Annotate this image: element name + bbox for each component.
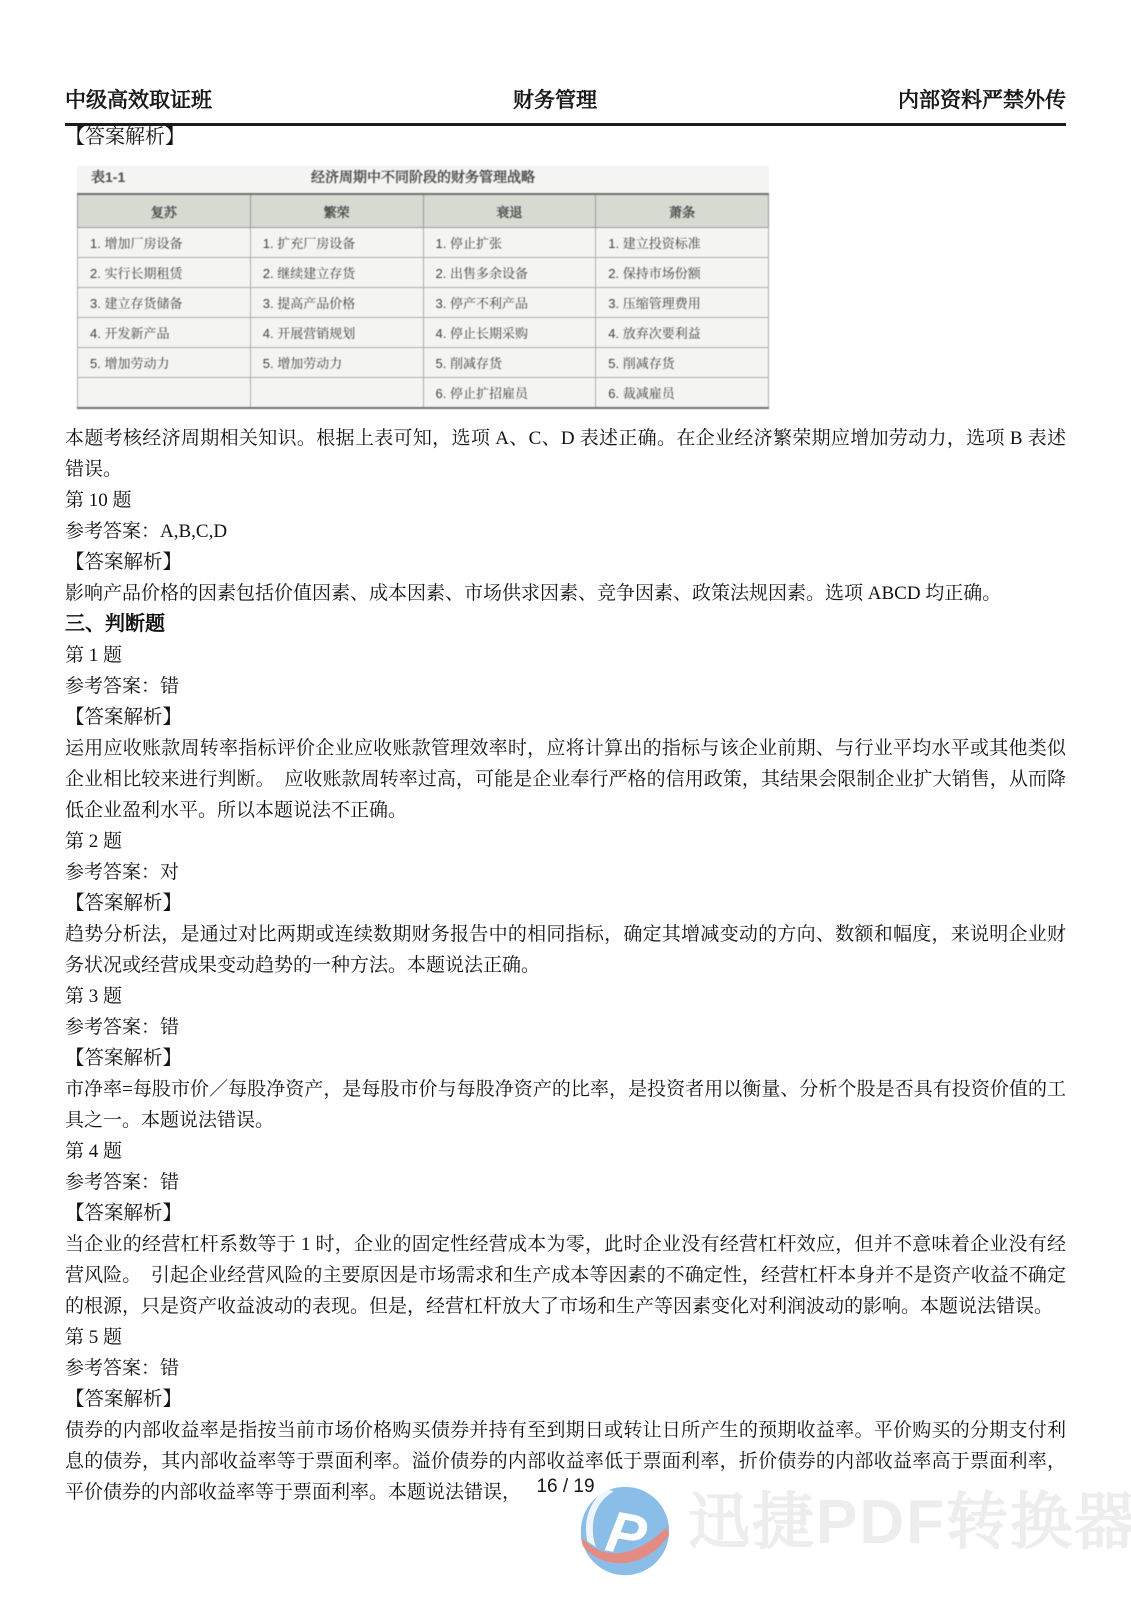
answer-analysis-label: 【答案解析】 <box>65 1043 1066 1074</box>
table-row: 6. 停止扩招雇员6. 裁减雇员 <box>78 378 769 409</box>
table-row: 5. 增加劳动力5. 增加劳动力5. 削减存货5. 削减存货 <box>78 348 769 378</box>
table-row: 4. 开发新产品4. 开展营销规划4. 停止长期采购4. 放弃次要利益 <box>78 318 769 348</box>
watermark-text: 迅捷PDF转换器 <box>688 1484 1131 1562</box>
table-cell <box>78 378 251 409</box>
table-cell: 6. 停止扩招雇员 <box>423 378 596 409</box>
table-cell: 5. 增加劳动力 <box>78 348 251 378</box>
text-line: 市净率=每股市价／每股净资产，是每股市价与每股净资产的比率，是投资者用以衡量、分… <box>65 1074 1066 1136</box>
table-row: 3. 建立存货储备3. 提高产品价格3. 停产不利产品3. 压缩管理费用 <box>78 288 769 318</box>
text-line: 第 1 题 <box>65 640 1066 671</box>
table-column-header: 复苏 <box>78 194 251 228</box>
table-cell: 1. 扩充厂房设备 <box>250 228 423 258</box>
text-line: 参考答案：错 <box>65 671 1066 702</box>
table-cell: 3. 压缩管理费用 <box>596 288 769 318</box>
table-label: 表1-1 <box>91 166 125 188</box>
table-cell: 6. 裁减雇员 <box>596 378 769 409</box>
table-title: 经济周期中不同阶段的财务管理战略 <box>311 169 535 185</box>
text-line: 第 3 题 <box>65 981 1066 1012</box>
table-cell: 5. 削减存货 <box>596 348 769 378</box>
pdf-converter-logo-icon: P <box>578 1484 672 1578</box>
header-subject-title: 财务管理 <box>513 84 597 114</box>
text-line: 本题考核经济周期相关知识。根据上表可知，选项 A、C、D 表述正确。在企业经济繁… <box>65 423 1066 485</box>
answer-analysis-label: 【答案解析】 <box>65 122 1066 152</box>
table-cell: 4. 开发新产品 <box>78 318 251 348</box>
table-cell: 3. 建立存货储备 <box>78 288 251 318</box>
text-line: 趋势分析法，是通过对比两期或连续数期财务报告中的相同指标，确定其增减变动的方向、… <box>65 919 1066 981</box>
answer-analysis-label: 【答案解析】 <box>65 1198 1066 1229</box>
table-cell: 3. 停产不利产品 <box>423 288 596 318</box>
table-cell: 2. 继续建立存货 <box>250 258 423 288</box>
table-row: 2. 实行长期租赁2. 继续建立存货2. 出售多余设备2. 保持市场份额 <box>78 258 769 288</box>
answer-analysis-label: 【答案解析】 <box>65 1384 1066 1415</box>
text-line: 第 2 题 <box>65 826 1066 857</box>
business-cycle-strategy-table: 复苏繁荣衰退萧条 1. 增加厂房设备1. 扩充厂房设备1. 停止扩张1. 建立投… <box>77 193 769 409</box>
table-cell: 3. 提高产品价格 <box>250 288 423 318</box>
table-cell <box>250 378 423 409</box>
table-cell: 2. 保持市场份额 <box>596 258 769 288</box>
table-cell: 2. 实行长期租赁 <box>78 258 251 288</box>
text-line: 参考答案：错 <box>65 1167 1066 1198</box>
section-heading: 三、判断题 <box>65 609 1066 640</box>
header-confidential-notice: 内部资料严禁外传 <box>898 84 1066 114</box>
table-column-header: 萧条 <box>596 194 769 228</box>
header-course-title: 中级高效取证班 <box>65 84 212 114</box>
text-lines: 本题考核经济周期相关知识。根据上表可知，选项 A、C、D 表述正确。在企业经济繁… <box>65 423 1066 1508</box>
text-line: 第 4 题 <box>65 1136 1066 1167</box>
table-cell: 1. 停止扩张 <box>423 228 596 258</box>
table-column-header: 衰退 <box>423 194 596 228</box>
text-line: 参考答案：错 <box>65 1353 1066 1384</box>
table-column-header: 繁荣 <box>250 194 423 228</box>
table-cell: 4. 放弃次要利益 <box>596 318 769 348</box>
text-line: 当企业的经营杠杆系数等于 1 时，企业的固定性经营成本为零，此时企业没有经营杠杆… <box>65 1229 1066 1322</box>
table-cell: 1. 增加厂房设备 <box>78 228 251 258</box>
answer-analysis-label: 【答案解析】 <box>65 547 1066 578</box>
text-line: 参考答案：对 <box>65 857 1066 888</box>
answer-analysis-label: 【答案解析】 <box>65 888 1066 919</box>
table-figure: 表1-1 经济周期中不同阶段的财务管理战略 复苏繁荣衰退萧条 1. 增加厂房设备… <box>77 166 769 409</box>
answer-analysis-label: 【答案解析】 <box>65 702 1066 733</box>
table-header-row: 复苏繁荣衰退萧条 <box>78 194 769 228</box>
text-line: 参考答案：错 <box>65 1012 1066 1043</box>
document-page: 中级高效取证班 财务管理 内部资料严禁外传 【答案解析】 表1-1 经济周期中不… <box>0 0 1131 1600</box>
table-body: 1. 增加厂房设备1. 扩充厂房设备1. 停止扩张1. 建立投资标准2. 实行长… <box>78 228 769 409</box>
text-line: 参考答案：A,B,C,D <box>65 516 1066 547</box>
table-caption: 表1-1 经济周期中不同阶段的财务管理战略 <box>77 166 769 193</box>
text-line: 运用应收账款周转率指标评价企业应收账款管理效率时，应将计算出的指标与该企业前期、… <box>65 733 1066 826</box>
table-cell: 4. 停止长期采购 <box>423 318 596 348</box>
table-cell: 4. 开展营销规划 <box>250 318 423 348</box>
text-line: 第 5 题 <box>65 1322 1066 1353</box>
table-cell: 5. 增加劳动力 <box>250 348 423 378</box>
text-line: 影响产品价格的因素包括价值因素、成本因素、市场供求因素、竞争因素、政策法规因素。… <box>65 578 1066 609</box>
page-content: 【答案解析】 表1-1 经济周期中不同阶段的财务管理战略 复苏繁荣衰退萧条 1.… <box>65 122 1066 1508</box>
watermark: P 迅捷PDF转换器 <box>578 1484 1131 1578</box>
table-row: 1. 增加厂房设备1. 扩充厂房设备1. 停止扩张1. 建立投资标准 <box>78 228 769 258</box>
page-header: 中级高效取证班 财务管理 内部资料严禁外传 <box>65 84 1066 126</box>
text-line: 第 10 题 <box>65 485 1066 516</box>
table-cell: 5. 削减存货 <box>423 348 596 378</box>
table-cell: 2. 出售多余设备 <box>423 258 596 288</box>
table-cell: 1. 建立投资标准 <box>596 228 769 258</box>
